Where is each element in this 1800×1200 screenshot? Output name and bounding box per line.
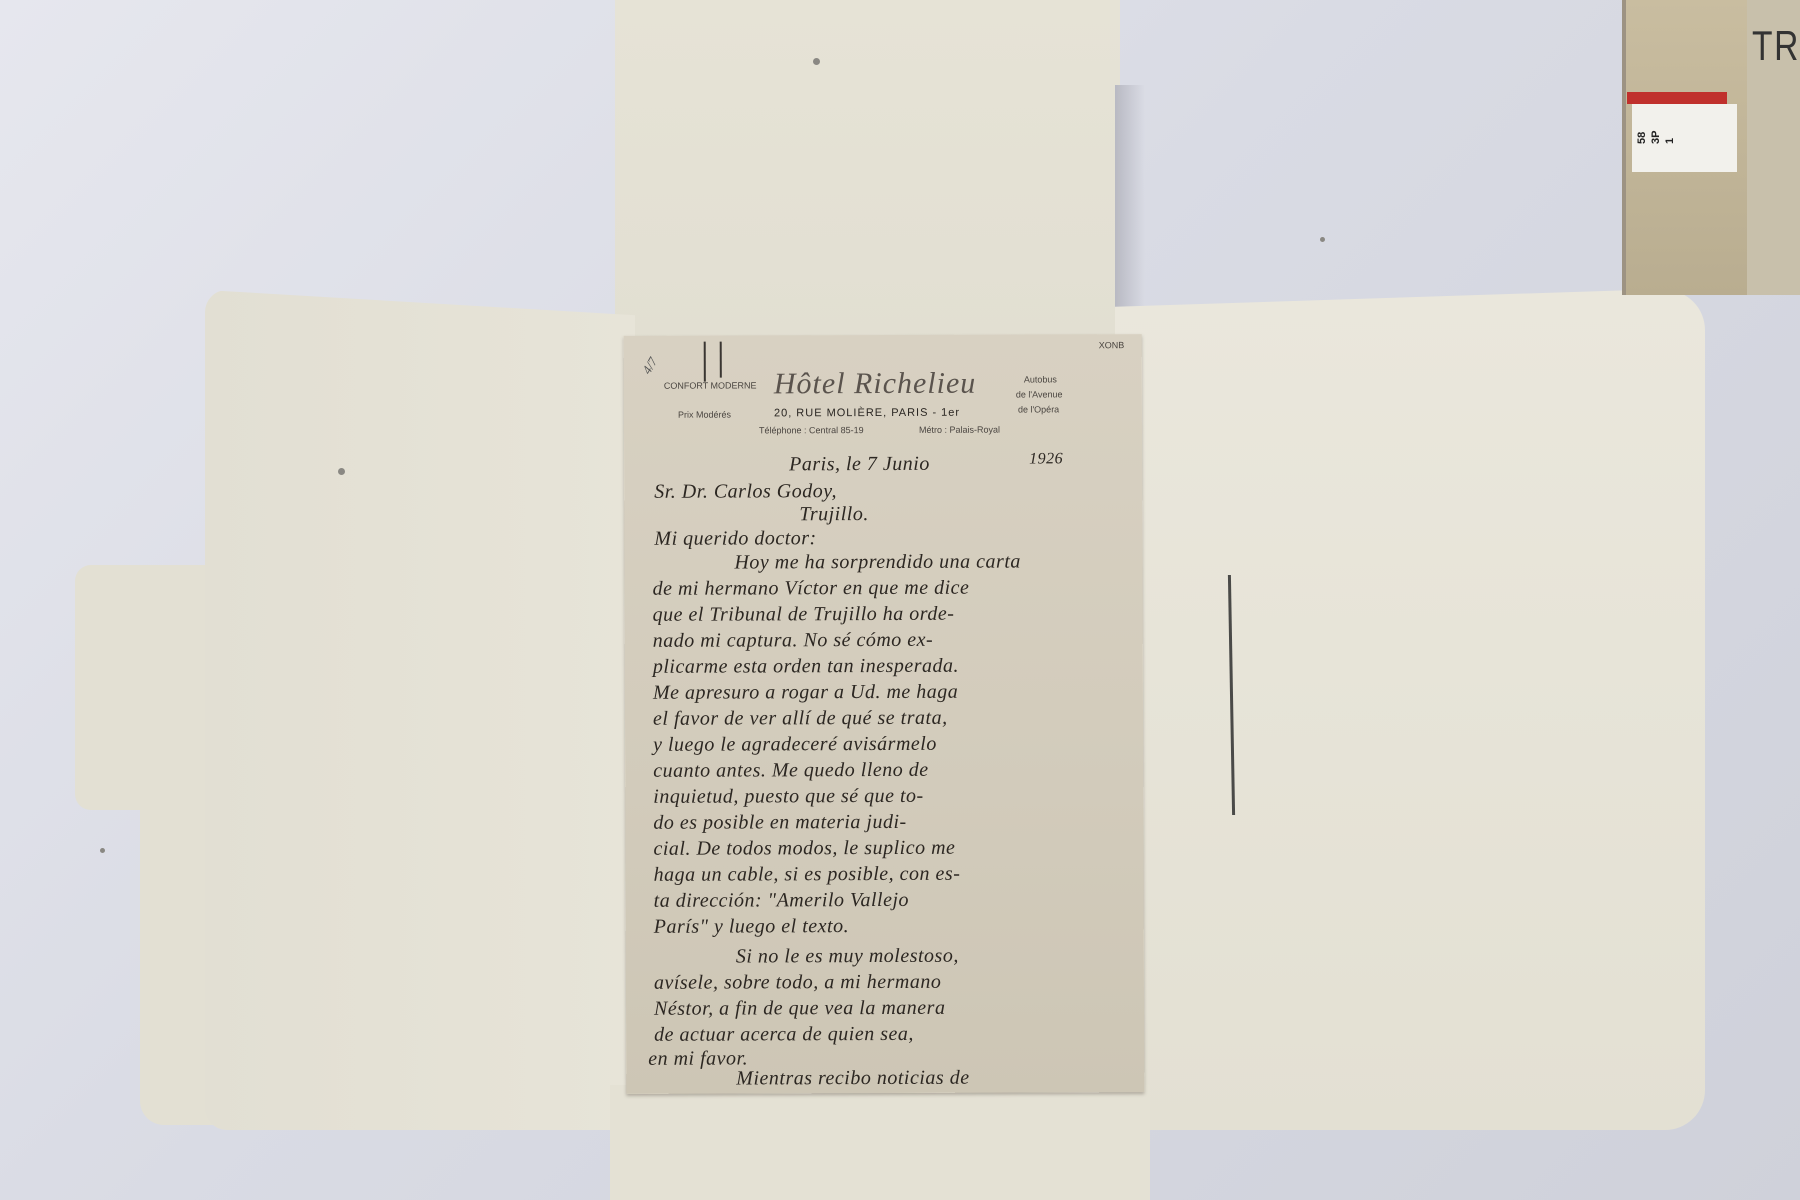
book-red-band xyxy=(1627,92,1727,104)
handwriting-line: Mi querido doctor: xyxy=(654,527,816,551)
dust-speck xyxy=(338,468,345,475)
handwriting-line: cial. De todos modos, le suplico me xyxy=(653,837,955,861)
hotel-address: 20, RUE MOLIÈRE, PARIS - 1er xyxy=(774,407,960,420)
handwriting-line: el favor de ver allí de qué se trata, xyxy=(653,707,948,731)
handwriting-line: avísele, sobre todo, a mi hermano xyxy=(654,971,941,995)
book-corner: 58 3P 1 TRA xyxy=(1622,0,1800,295)
hotel-metro: Métro : Palais-Royal xyxy=(919,425,1000,435)
letterhead-left-top: CONFORT MODERNE xyxy=(664,380,757,390)
handwriting-line: Sr. Dr. Carlos Godoy, xyxy=(654,480,837,504)
handwriting-line: Mientras recibo noticias de xyxy=(736,1067,969,1091)
letterhead-left-bottom: Prix Modérés xyxy=(678,410,731,420)
handwriting-line: Si no le es muy molestoso, xyxy=(736,945,959,969)
dust-speck xyxy=(813,58,820,65)
handwriting-line: Hoy me ha sorprendido una carta xyxy=(734,551,1020,575)
letter-year: 1926 xyxy=(1029,450,1063,468)
handwriting-line: inquietud, puesto que sé que to- xyxy=(653,785,923,809)
book-title: TRA xyxy=(1752,22,1800,70)
archive-mark: 4/7 xyxy=(639,355,661,377)
folder-bottom-flap xyxy=(610,1085,1150,1200)
handwriting-line: Trujillo. xyxy=(799,503,869,526)
handwriting-line: haga un cable, si es posible, con es- xyxy=(654,863,961,887)
letterhead-right-1: Autobus xyxy=(1024,374,1057,384)
handwriting-line: ta dirección: "Amerilo Vallejo xyxy=(654,889,909,913)
letter-sheet: 4/7 XONB CONFORT MODERNE Prix Modérés Hô… xyxy=(624,334,1145,1094)
dust-speck xyxy=(100,848,105,853)
hotel-name: Hôtel Richelieu xyxy=(774,367,977,402)
letterhead-right-3: de l'Opéra xyxy=(1018,404,1059,414)
label-line: 3P xyxy=(1650,131,1662,144)
handwriting-line: de mi hermano Víctor en que me dice xyxy=(653,577,970,601)
date-line: Paris, le 7 Junio xyxy=(789,453,930,476)
reference-number: XONB xyxy=(1099,340,1125,350)
folder-left-flap xyxy=(205,290,635,1130)
handwriting-line: París" y luego el texto. xyxy=(654,915,849,939)
pencil-mark xyxy=(704,342,706,382)
dust-speck xyxy=(1320,237,1325,242)
handwriting-line: nado mi captura. No sé cómo ex- xyxy=(653,629,934,653)
handwriting-line: cuanto antes. Me quedo lleno de xyxy=(653,759,929,783)
label-line: 58 xyxy=(1636,132,1648,144)
handwriting-line: y luego le agradeceré avisármelo xyxy=(653,733,937,757)
flap-shadow xyxy=(1115,85,1145,340)
handwriting-line: do es posible en materia judi- xyxy=(653,811,906,835)
folder-top-flap xyxy=(615,0,1120,345)
folder-right-flap xyxy=(1115,290,1705,1130)
book-call-label: 58 3P 1 xyxy=(1632,104,1737,172)
handwriting-line: plicarme esta orden tan inesperada. xyxy=(653,655,959,679)
hotel-telephone: Téléphone : Central 85-19 xyxy=(759,425,864,435)
letterhead-right-2: de l'Avenue xyxy=(1016,389,1063,399)
handwriting-line: en mi favor. xyxy=(648,1047,748,1070)
pencil-mark xyxy=(720,342,722,378)
handwriting-line: que el Tribunal de Trujillo ha orde- xyxy=(653,603,955,627)
label-line: 1 xyxy=(1664,138,1676,144)
handwriting-line: de actuar acerca de quien sea, xyxy=(654,1023,914,1047)
handwriting-line: Me apresuro a rogar a Ud. me haga xyxy=(653,681,958,705)
handwriting-line: Néstor, a fin de que vea la manera xyxy=(654,997,945,1021)
